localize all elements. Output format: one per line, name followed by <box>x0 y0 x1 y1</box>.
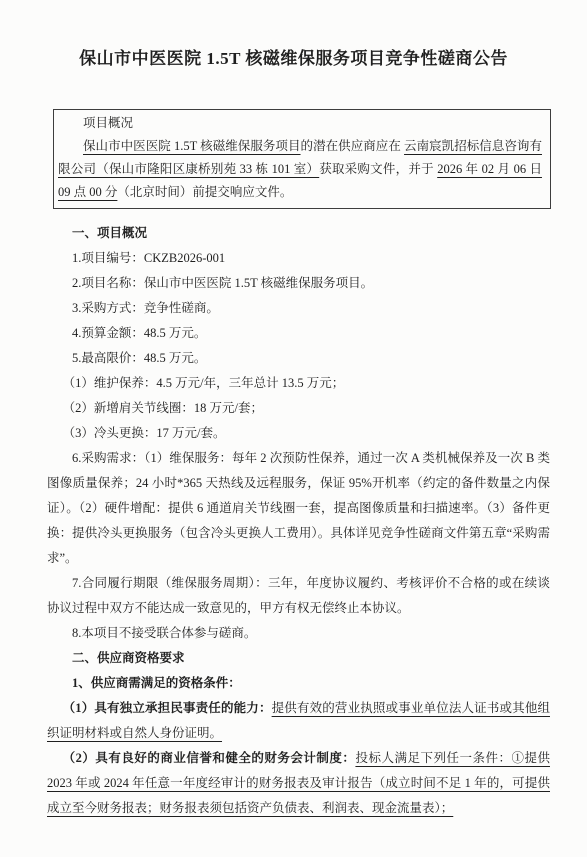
project-overview-box: 项目概况 保山市中医医院 1.5T 核磁维保服务项目的潜在供应商应在 云南宸凯招… <box>53 109 551 209</box>
para-no-consortium: 8.本项目不接受联合体参与磋商。 <box>47 621 550 646</box>
overview-text-tail: （北京时间）前提交响应文件。 <box>117 185 292 199</box>
para-maintenance-price: （1）维护保养：4.5 万元/年，三年总计 13.5 万元； <box>47 371 550 396</box>
para-qualification-1: （1）具有独立承担民事责任的能力：提供有效的营业执照或事业单位法人证书或其他组织… <box>47 696 550 746</box>
para-price-ceiling: 5.最高限价：48.5 万元。 <box>47 346 550 371</box>
para-project-name: 2.项目名称：保山市中医医院 1.5T 核磁维保服务项目。 <box>47 271 550 296</box>
para-coldhead-price: （3）冷头更换：17 万元/套。 <box>47 421 550 446</box>
project-name-underlined: 保山市中医医院 1.5T 核磁维保服务项目 <box>83 139 301 153</box>
para-budget-amount: 4.预算金额：48.5 万元。 <box>47 321 550 346</box>
para-qualification-2: （2）具有良好的商业信誉和健全的财务会计制度：投标人满足下列任一条件：①提供 2… <box>47 746 550 821</box>
qualification-2-label: （2）具有良好的商业信誉和健全的财务会计制度： <box>63 751 356 765</box>
para-project-number: 1.项目编号：CKZB2026-001 <box>47 246 550 271</box>
qualification-1-label: （1）具有独立承担民事责任的能力： <box>63 701 272 715</box>
para-procurement-method: 3.采购方式：竞争性磋商。 <box>47 296 550 321</box>
document-body: 一、项目概况 1.项目编号：CKZB2026-001 2.项目名称：保山市中医医… <box>47 221 550 821</box>
overview-box-heading: 项目概况 <box>58 112 542 135</box>
overview-box-paragraph: 保山市中医医院 1.5T 核磁维保服务项目的潜在供应商应在 云南宸凯招标信息咨询… <box>58 135 542 204</box>
page-title: 保山市中医医院 1.5T 核磁维保服务项目竞争性磋商公告 <box>0 0 587 69</box>
section1-heading: 一、项目概况 <box>47 221 550 246</box>
overview-text-mid1: 的潜在供应商应在 <box>301 139 405 153</box>
para-procurement-requirements: 6.采购需求：（1）维保服务：每年 2 次预防性保养，通过一次 A 类机械保养及… <box>47 446 550 571</box>
para-contract-term: 7.合同履行期限（维保服务周期）：三年，年度协议履约、考核评价不合格的或在续谈协… <box>47 571 550 621</box>
section2-heading: 二、供应商资格要求 <box>47 646 550 671</box>
document-page: 保山市中医医院 1.5T 核磁维保服务项目竞争性磋商公告 项目概况 保山市中医医… <box>0 0 587 857</box>
para-shoulder-coil-price: （2）新增肩关节线圈：18 万元/套； <box>47 396 550 421</box>
overview-text-mid2: 获取采购文件，并于 <box>319 162 437 176</box>
qualification-conditions-subheading: 1、供应商需满足的资格条件： <box>47 671 550 696</box>
